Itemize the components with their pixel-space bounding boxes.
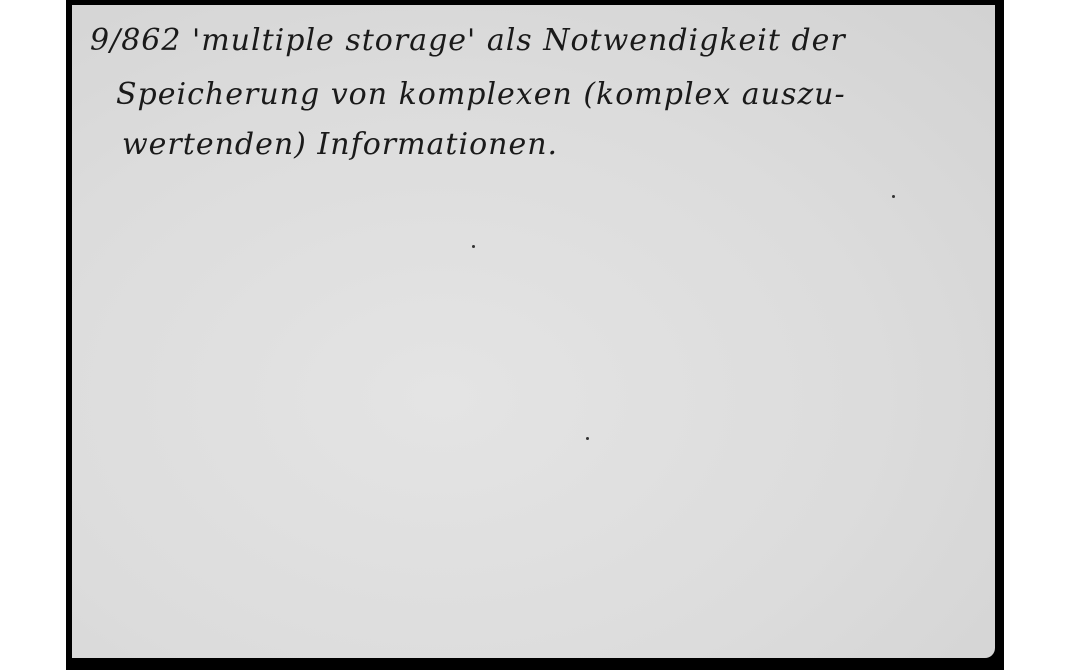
card-frame: 9/862 'multiple storage' als Notwendigke… xyxy=(66,0,1004,670)
handwritten-line-1: 9/862 'multiple storage' als Notwendigke… xyxy=(90,23,846,58)
paper-speck xyxy=(892,195,895,198)
index-card: 9/862 'multiple storage' als Notwendigke… xyxy=(72,5,995,658)
handwritten-line-2: Speicherung von komplexen (komplex auszu… xyxy=(116,77,846,112)
paper-speck xyxy=(586,437,589,440)
paper-speck xyxy=(472,245,475,248)
handwritten-line-3: wertenden) Informationen. xyxy=(122,127,558,162)
